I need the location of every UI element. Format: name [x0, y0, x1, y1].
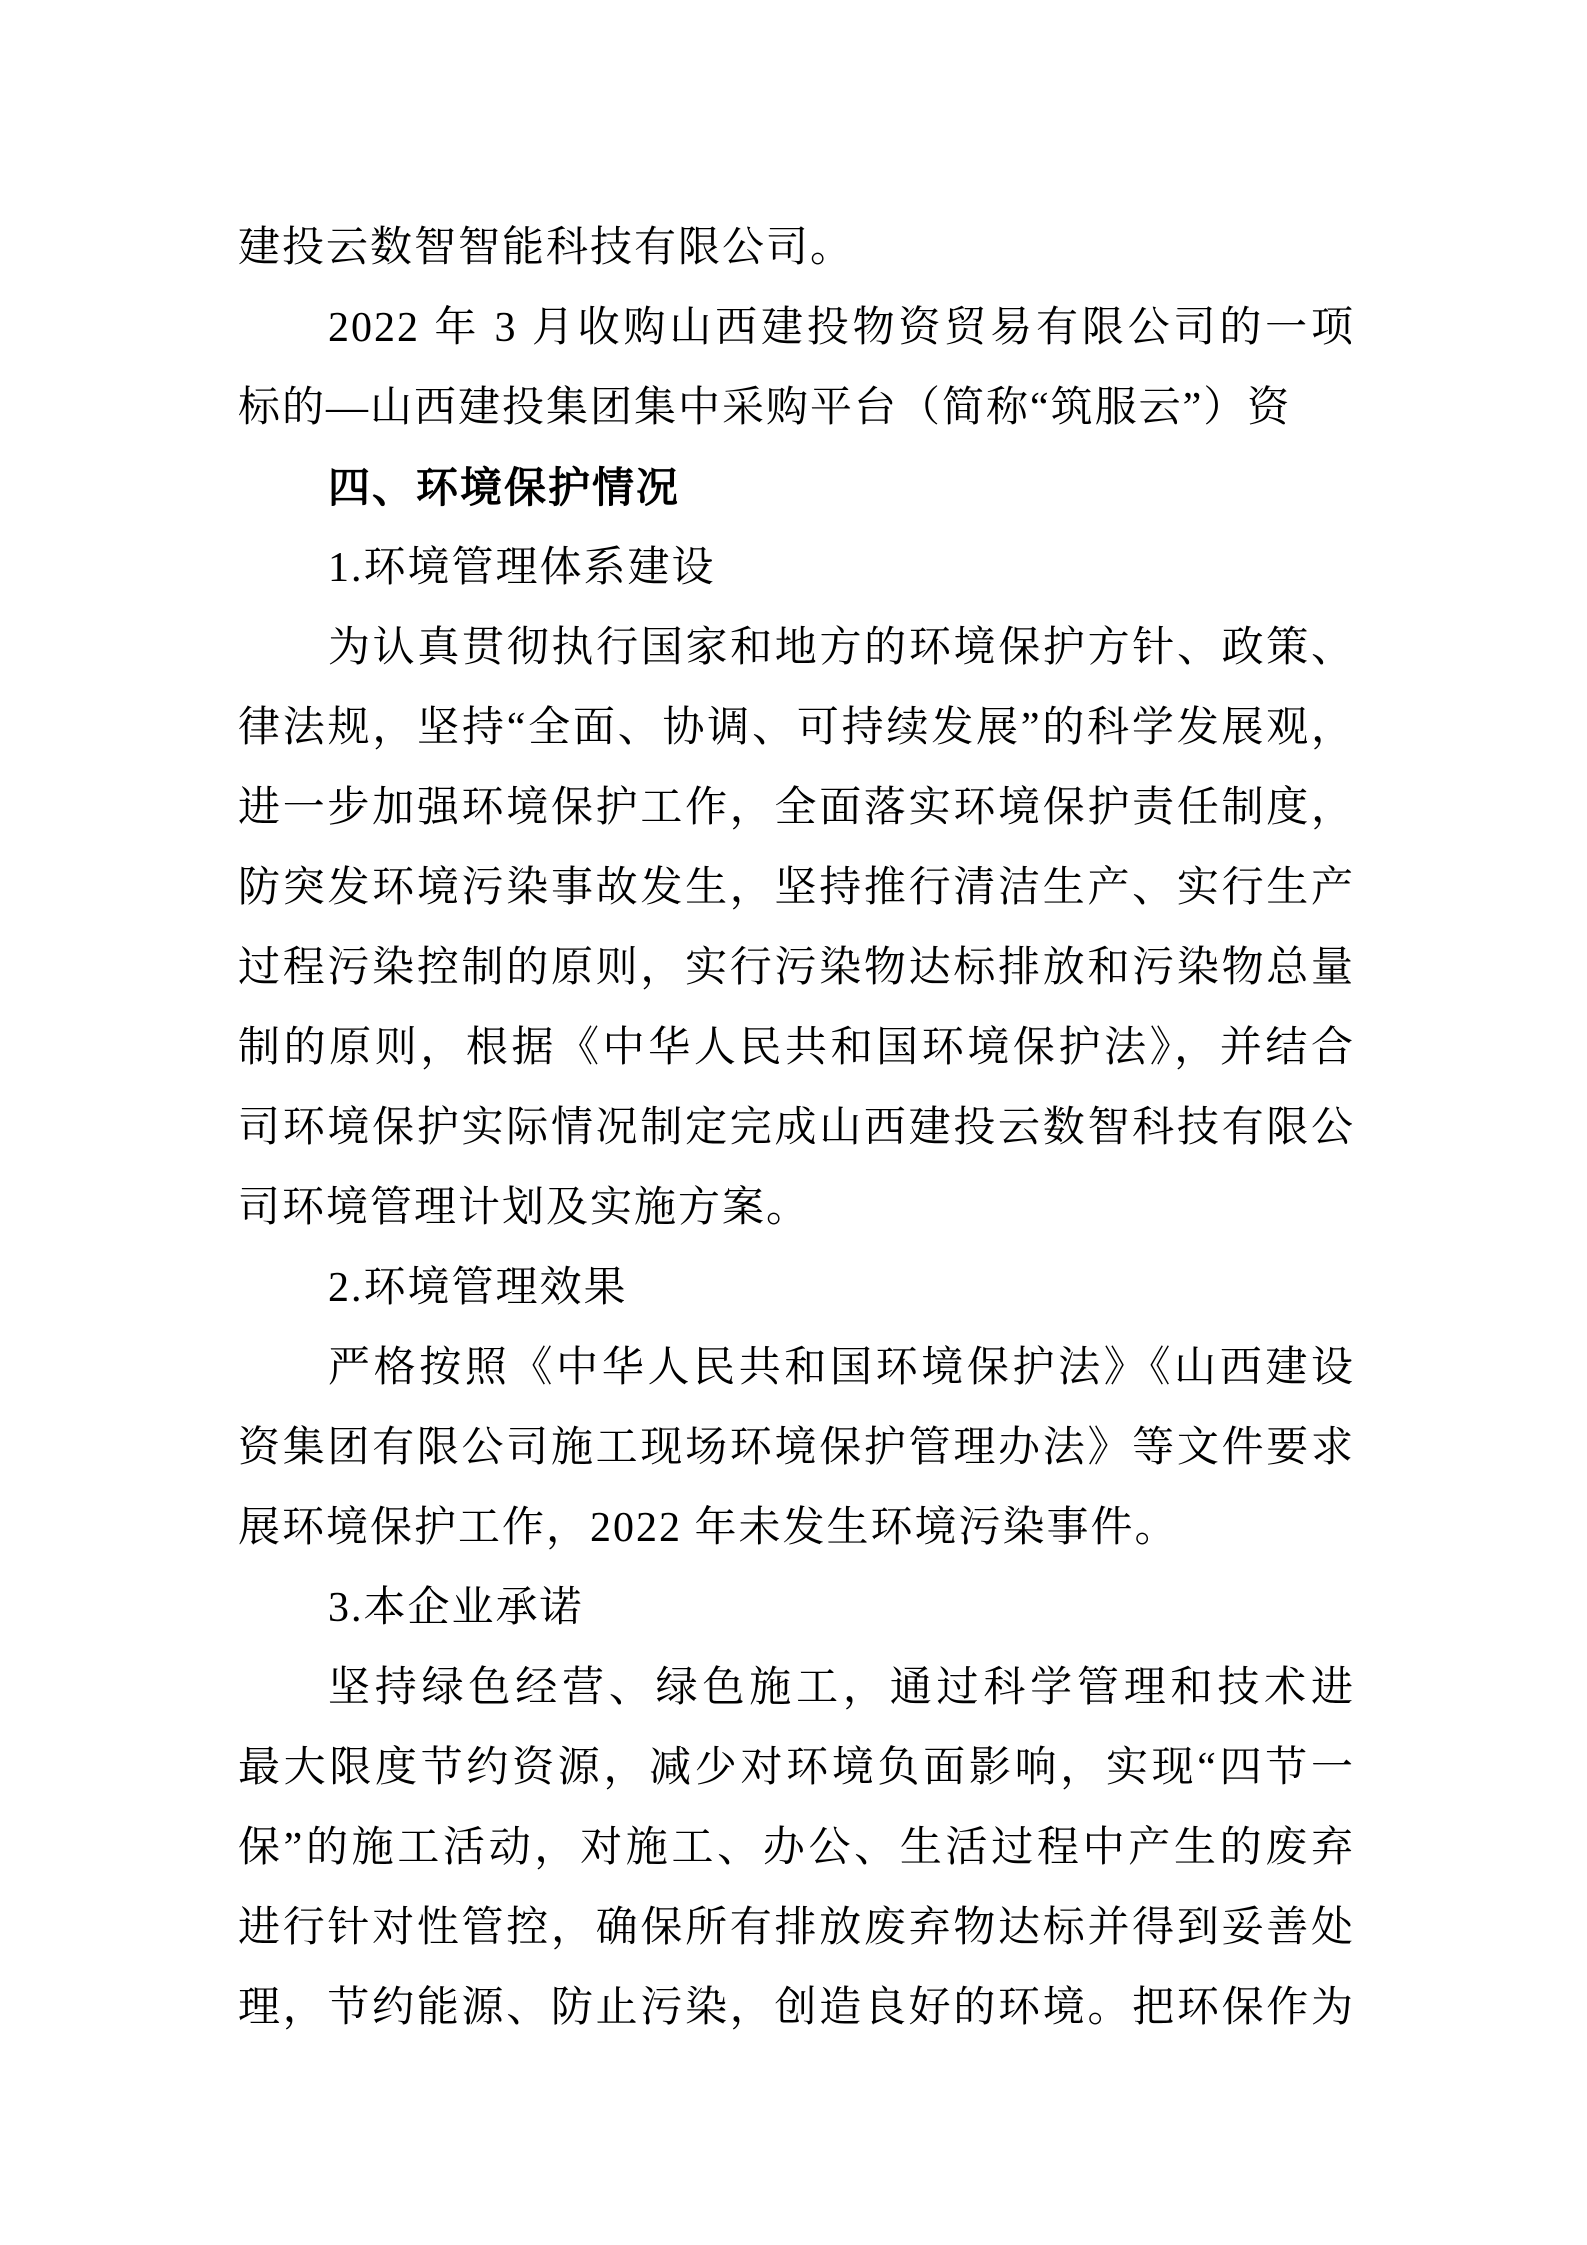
paragraph-line: 律法规，坚持“全面、协调、可持续发展”的科学发展观， — [238, 688, 1355, 768]
subsection-heading: 1.环境管理体系建设 — [238, 528, 1355, 608]
paragraph-line: 为认真贯彻执行国家和地方的环境保护方针、政策、法 — [238, 608, 1355, 688]
paragraph-line: 最大限度节约资源，减少对环境负面影响，实现“四节一环 — [238, 1728, 1355, 1808]
paragraph-line: 过程污染控制的原则，实行污染物达标排放和污染物总量控 — [238, 928, 1355, 1008]
paragraph-line: 保”的施工活动，对施工、办公、生活过程中产生的废弃物 — [238, 1808, 1355, 1888]
paragraph-line: 司环境管理计划及实施方案。 — [238, 1168, 1355, 1248]
paragraph-line: 资集团有限公司施工现场环境保护管理办法》等文件要求开 — [238, 1408, 1355, 1488]
paragraph-line: 标的—山西建投集团集中采购平台（简称“筑服云”）资产。 — [238, 368, 1355, 448]
paragraph-line: 理，节约能源、防止污染，创造良好的环境。把环保作为重 — [238, 1968, 1355, 2048]
subsection-heading: 2.环境管理效果 — [238, 1248, 1355, 1328]
paragraph-line: 进一步加强环境保护工作，全面落实环境保护责任制度，预 — [238, 768, 1355, 848]
subsection-heading: 3.本企业承诺 — [238, 1568, 1355, 1648]
paragraph-line: 展环境保护工作，2022 年未发生环境污染事件。 — [238, 1488, 1355, 1568]
paragraph-line: 2022 年 3 月收购山西建投物资贸易有限公司的一项资产 — [238, 288, 1355, 368]
paragraph-line: 建投云数智智能科技有限公司。 — [238, 208, 1355, 288]
paragraph-line: 严格按照《中华人民共和国环境保护法》《山西建设投 — [238, 1328, 1355, 1408]
section-heading: 四、环境保护情况 — [238, 448, 1355, 528]
paragraph-line: 坚持绿色经营、绿色施工，通过科学管理和技术进步， — [238, 1648, 1355, 1728]
document-page: 建投云数智智能科技有限公司。 2022 年 3 月收购山西建投物资贸易有限公司的… — [0, 0, 1587, 2245]
paragraph-line: 进行针对性管控，确保所有排放废弃物达标并得到妥善处 — [238, 1888, 1355, 1968]
paragraph-line: 防突发环境污染事故发生，坚持推行清洁生产、实行生产全 — [238, 848, 1355, 928]
paragraph-line: 制的原则，根据《中华人民共和国环境保护法》，并结合公 — [238, 1008, 1355, 1088]
paragraph-line: 司环境保护实际情况制定完成山西建投云数智科技有限公 — [238, 1088, 1355, 1168]
